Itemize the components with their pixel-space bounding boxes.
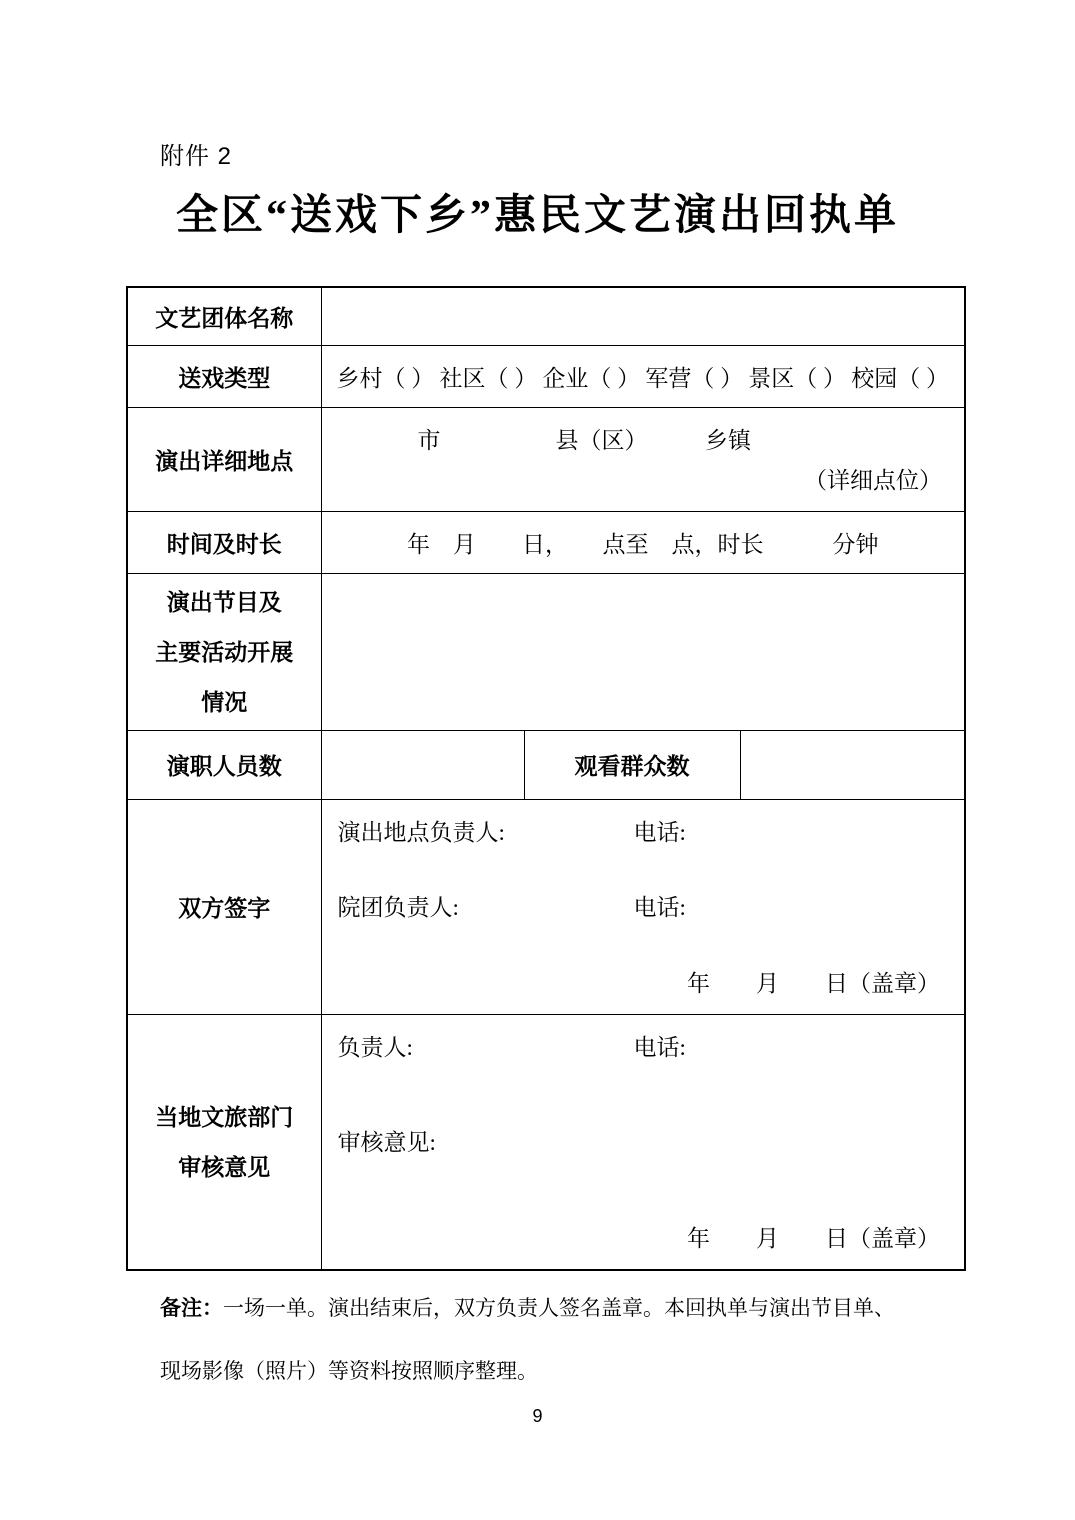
- row-counts: 演职人员数 观看群众数: [127, 730, 965, 799]
- row-troupe-name: 文艺团体名称: [127, 287, 965, 345]
- program-label-line2: 主要活动开展: [128, 627, 321, 677]
- row-review: 当地文旅部门 审核意见 负责人: 电话: 审核意见: 年 月 日（盖章）: [127, 1014, 965, 1270]
- venue-lines: 市 县（区） 乡镇 （详细点位）: [322, 408, 965, 511]
- review-date-seal-line: 年 月 日（盖章）: [322, 1220, 965, 1253]
- page-number: 9: [0, 1406, 1075, 1427]
- receipt-form-table: 文艺团体名称 送戏类型 乡村（ ） 社区（ ） 企业（ ） 军营（ ） 景区（ …: [126, 286, 966, 1271]
- page-title: 全区“送戏下乡”惠民文艺演出回执单: [0, 182, 1075, 242]
- option-barracks: 军营（ ）: [645, 360, 743, 393]
- time-duration-value-cell: 年 月 日， 点至 点，时长 分钟: [321, 511, 965, 573]
- signatures-label: 双方签字: [127, 799, 321, 1014]
- audience-count-label: 观看群众数: [524, 730, 740, 799]
- attachment-label: 附件 2: [160, 136, 232, 171]
- row-venue: 演出详细地点 市 县（区） 乡镇 （详细点位）: [127, 407, 965, 511]
- signatures-date-seal-line: 年 月 日（盖章）: [322, 965, 965, 998]
- venue-value-cell: 市 县（区） 乡镇 （详细点位）: [321, 407, 965, 511]
- venue-manager-phone-label: 电话:: [634, 814, 686, 847]
- option-campus: 校园（ ）: [851, 360, 949, 393]
- troupe-manager-line: 院团负责人: 电话:: [322, 889, 965, 922]
- row-signatures: 双方签字 演出地点负责人: 电话: 院团负责人: 电话: 年 月 日（盖章）: [127, 799, 965, 1014]
- program-label-line3: 情况: [128, 677, 321, 727]
- time-duration-label: 时间及时长: [127, 511, 321, 573]
- footer-note-line2: 现场影像（照片）等资料按照顺序整理。: [160, 1355, 930, 1385]
- troupe-name-value-cell: [321, 287, 965, 345]
- review-lines: 负责人: 电话: 审核意见: 年 月 日（盖章）: [322, 1015, 965, 1270]
- delivery-type-options-cell: 乡村（ ） 社区（ ） 企业（ ） 军营（ ） 景区（ ） 校园（ ）: [321, 345, 965, 407]
- signatures-lines: 演出地点负责人: 电话: 院团负责人: 电话: 年 月 日（盖章）: [322, 800, 965, 1014]
- row-program: 演出节目及 主要活动开展 情况: [127, 573, 965, 730]
- option-community: 社区（ ）: [439, 360, 537, 393]
- option-enterprise: 企业（ ）: [542, 360, 640, 393]
- venue-manager-line: 演出地点负责人: 电话:: [322, 814, 965, 847]
- option-scenic-area: 景区（ ）: [748, 360, 846, 393]
- review-manager-label: 负责人:: [338, 1029, 634, 1062]
- option-village: 乡村（ ）: [337, 360, 435, 393]
- row-delivery-type: 送戏类型 乡村（ ） 社区（ ） 企业（ ） 军营（ ） 景区（ ） 校园（ ）: [127, 345, 965, 407]
- program-value-cell: [321, 573, 965, 730]
- performers-count-value-cell: [321, 730, 524, 799]
- venue-city-county-township-line: 市 县（区） 乡镇: [322, 422, 965, 455]
- review-value-cell: 负责人: 电话: 审核意见: 年 月 日（盖章）: [321, 1014, 965, 1270]
- performers-count-label: 演职人员数: [127, 730, 321, 799]
- review-label-line1: 当地文旅部门: [128, 1092, 321, 1142]
- review-label: 当地文旅部门 审核意见: [127, 1014, 321, 1270]
- troupe-manager-phone-label: 电话:: [634, 889, 686, 922]
- program-label: 演出节目及 主要活动开展 情况: [127, 573, 321, 730]
- review-opinion-label: 审核意见:: [322, 1124, 965, 1157]
- review-phone-label: 电话:: [634, 1029, 686, 1062]
- delivery-type-options: 乡村（ ） 社区（ ） 企业（ ） 军营（ ） 景区（ ） 校园（ ）: [322, 360, 965, 393]
- venue-label: 演出详细地点: [127, 407, 321, 511]
- review-label-line2: 审核意见: [128, 1142, 321, 1192]
- troupe-name-label: 文艺团体名称: [127, 287, 321, 345]
- delivery-type-label: 送戏类型: [127, 345, 321, 407]
- venue-detail-location-line: （详细点位）: [322, 462, 965, 495]
- signatures-value-cell: 演出地点负责人: 电话: 院团负责人: 电话: 年 月 日（盖章）: [321, 799, 965, 1014]
- audience-count-value-cell: [740, 730, 965, 799]
- footer-note-prefix: 备注：: [160, 1297, 223, 1320]
- row-time-duration: 时间及时长 年 月 日， 点至 点，时长 分钟: [127, 511, 965, 573]
- footer-note: 备注：一场一单。演出结束后，双方负责人签名盖章。本回执单与演出节目单、 现场影像…: [160, 1292, 930, 1385]
- footer-note-line1: 备注：一场一单。演出结束后，双方负责人签名盖章。本回执单与演出节目单、: [160, 1292, 930, 1322]
- footer-note-line1-text: 一场一单。演出结束后，双方负责人签名盖章。本回执单与演出节目单、: [223, 1296, 895, 1320]
- document-page: 附件 2 全区“送戏下乡”惠民文艺演出回执单 文艺团体名称 送戏类型 乡村（ ）…: [0, 0, 1075, 1520]
- venue-manager-label: 演出地点负责人:: [338, 814, 634, 847]
- program-label-line1: 演出节目及: [128, 577, 321, 627]
- troupe-manager-label: 院团负责人:: [338, 889, 634, 922]
- review-manager-line: 负责人: 电话:: [322, 1029, 965, 1062]
